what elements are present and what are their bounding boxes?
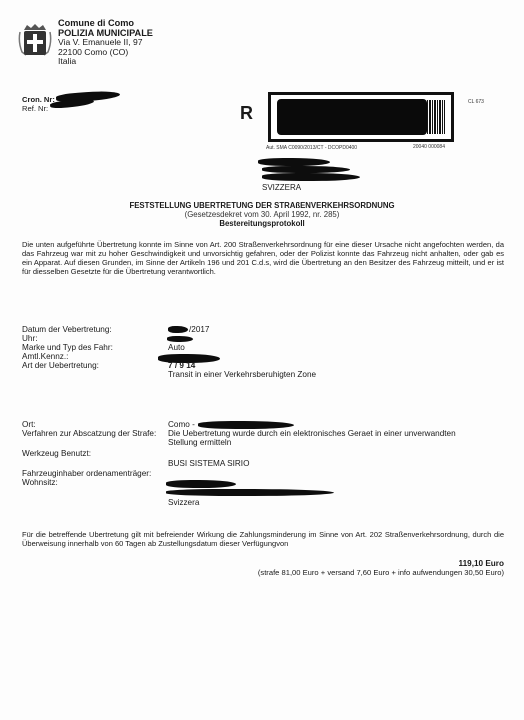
tool-label: Werkzeug Benutzt: <box>22 449 91 458</box>
amount-breakdown: (strafe 81,00 Euro + versand 7,60 Euro +… <box>258 568 504 577</box>
country: Italia <box>58 57 153 67</box>
redaction <box>167 336 193 342</box>
sender-header: Comune di Como POLIZIA MUNICIPALE Via V.… <box>58 19 153 67</box>
total-amount: 119,10 Euro <box>458 559 504 568</box>
place-label: Ort: <box>22 420 36 429</box>
redaction <box>262 166 350 173</box>
date-label: Datum der Vebertretung: <box>22 325 112 334</box>
violation-type-code: 7 / 9 14 <box>168 361 195 370</box>
redaction <box>258 158 330 166</box>
postal-codes: 20040 000084 <box>413 144 445 150</box>
procedure-label: Verfahren zur Abscatzung der Strafe: <box>22 429 156 438</box>
residence-label: Wohnsitz: <box>22 478 58 487</box>
tool-value: BUSI SISTEMA SIRIO <box>168 459 249 468</box>
registered-mail-mark: R <box>240 103 253 124</box>
violation-type-label: Art der Uebertretung: <box>22 361 99 370</box>
place-value: Como - <box>168 420 195 429</box>
authorization-code: Aut. SMA C0090/2013/CT - DCOPD0400 <box>266 145 357 151</box>
redaction <box>166 489 334 496</box>
procedure-value-line1: Die Uebertretung wurde durch ein elektro… <box>168 429 456 438</box>
violation-type-description: Transit in einer Verkehrsberuhigten Zone <box>168 370 316 379</box>
recipient-country: SVIZZERA <box>262 183 301 192</box>
document-title: FESTSTELLUNG UBERTRETUNG DER STRAßENVERK… <box>0 201 524 210</box>
payment-paragraph: Für die betreffende Ubertretung gilt mit… <box>22 530 504 548</box>
barcode-icon <box>427 100 445 134</box>
coat-of-arms-icon <box>18 22 52 58</box>
address-window <box>268 92 454 142</box>
redaction <box>262 173 360 181</box>
owner-label: Fahrzeuginhaber ordenamenträger: <box>22 469 151 478</box>
protocol-title: Bestereitungsprotokoll <box>0 219 524 228</box>
residence-country: Svizzera <box>168 498 199 507</box>
redaction <box>168 326 188 333</box>
redaction <box>166 480 236 488</box>
vehicle-label: Marke und Typ des Fahr: <box>22 343 113 352</box>
intro-paragraph: Die unten aufgeführte Übertretung konnte… <box>22 240 504 276</box>
redaction <box>198 421 294 429</box>
cl-code: CL 673 <box>468 99 484 105</box>
document-subtitle: (Gesetzesdekret vom 30. April 1992, nr. … <box>0 210 524 219</box>
redaction <box>277 99 427 135</box>
vehicle-value: Auto <box>168 343 185 352</box>
date-value: /2017 <box>189 325 210 334</box>
cron-label: Cron. Nr: <box>22 95 55 104</box>
procedure-value-line2: Stellung ermitteln <box>168 438 231 447</box>
plate-label: Amtl.Kennz.: <box>22 352 68 361</box>
time-label: Uhr: <box>22 334 37 343</box>
